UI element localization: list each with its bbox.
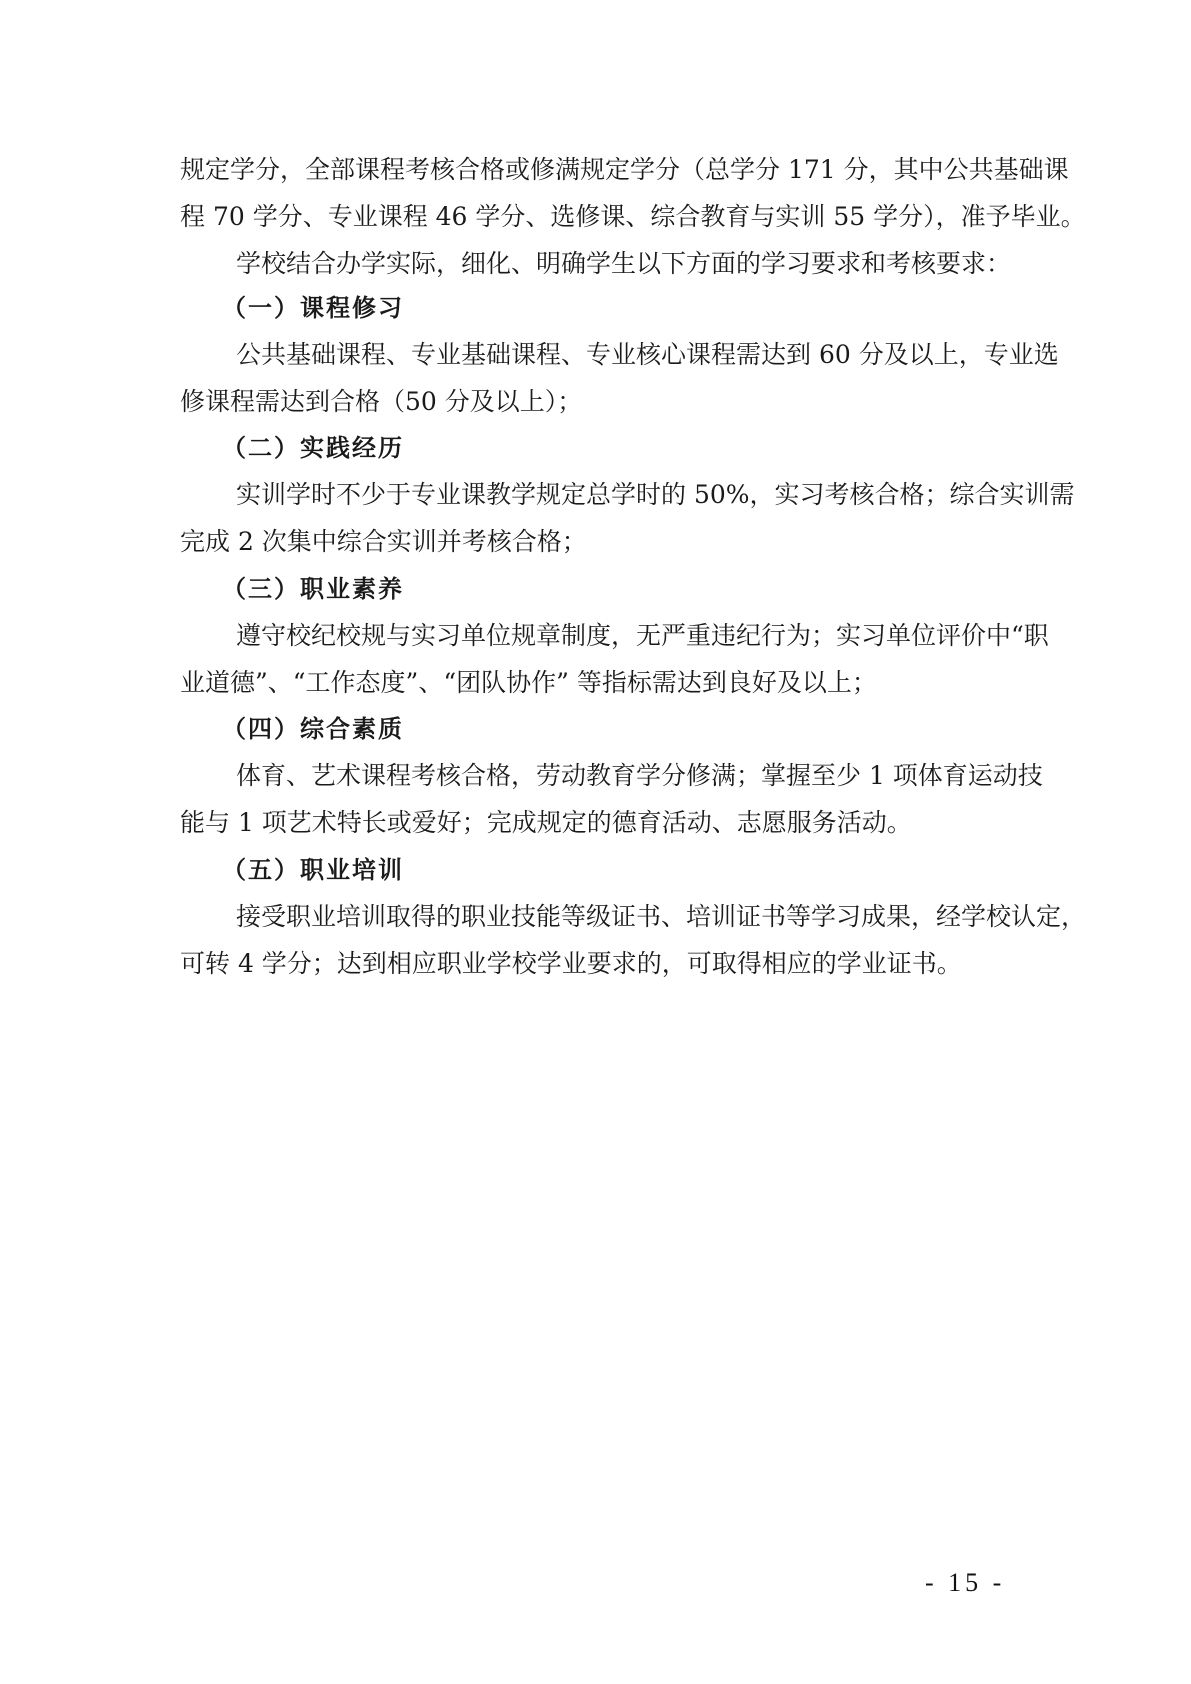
section-heading-practice: （二）实践经历 [222,430,404,466]
paragraph-line: 实训学时不少于专业课教学规定总学时的 50%，实习考核合格；综合实训需 [236,477,1010,513]
document-page: 规定学分，全部课程考核合格或修满规定学分（总学分 171 分，其中公共基础课 程… [0,0,1191,1684]
section-heading-comprehensive-quality: （四）综合素质 [222,711,404,747]
paragraph-line: 遵守校纪校规与实习单位规章制度，无严重违纪行为；实习单位评价中“职 [236,618,1010,654]
paragraph-line: 接受职业培训取得的职业技能等级证书、培训证书等学习成果，经学校认定， [236,899,1010,935]
body-line: 业道德”、“工作态度”、“团队协作” 等指标需达到良好及以上； [180,665,1010,701]
section-heading-vocational-training: （五）职业培训 [222,852,404,888]
body-line: 修课程需达到合格（50 分及以上）； [180,384,1010,420]
body-line: 完成 2 次集中综合实训并考核合格； [180,524,1010,560]
body-line: 可转 4 学分；达到相应职业学校学业要求的，可取得相应的学业证书。 [180,946,1010,982]
body-line: 能与 1 项艺术特长或爱好；完成规定的德育活动、志愿服务活动。 [180,805,1010,841]
paragraph-line: 公共基础课程、专业基础课程、专业核心课程需达到 60 分及以上，专业选 [236,337,1010,373]
body-line: 程 70 学分、专业课程 46 学分、选修课、综合教育与实训 55 学分），准予… [180,199,1010,235]
paragraph-line: 体育、艺术课程考核合格，劳动教育学分修满；掌握至少 1 项体育运动技 [236,758,1010,794]
paragraph-line: 学校结合办学实际，细化、明确学生以下方面的学习要求和考核要求： [236,246,1010,282]
page-number: - 15 - [925,1566,1005,1600]
section-heading-course-study: （一）课程修习 [222,290,404,326]
section-heading-professionalism: （三）职业素养 [222,571,404,607]
body-line: 规定学分，全部课程考核合格或修满规定学分（总学分 171 分，其中公共基础课 [180,152,1010,188]
